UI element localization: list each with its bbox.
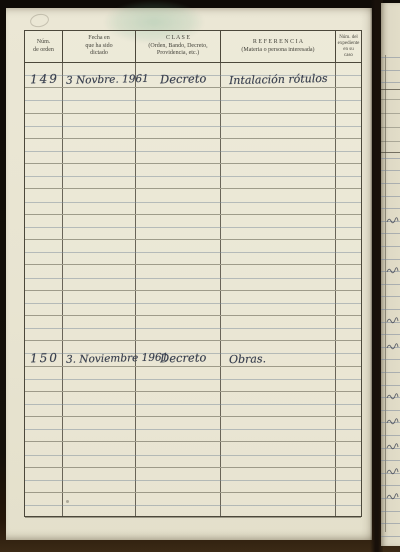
ledger-row [25,139,361,164]
ledger-cell [136,164,221,188]
ledger-cell [221,442,336,466]
ledger-cell [136,88,221,112]
ledger-row [25,442,361,467]
ledger-cell [63,291,136,315]
ledger-cell [136,215,221,239]
ledger-cell [221,392,336,416]
ledger-cell [336,417,361,441]
ledger-cell [221,341,336,365]
ledger-cell [336,291,361,315]
ledger-cell [25,442,63,466]
ledger-cell [336,63,361,87]
ledger-cell [63,63,136,87]
ledger-cell [336,265,361,289]
ledger-cell [336,493,361,517]
adjacent-page-rule-line [381,536,400,537]
ledger-cell [25,341,63,365]
ledger-row [25,291,361,316]
ledger-cell [63,189,136,213]
ledger-cell [136,189,221,213]
adjacent-page-rule-line [381,385,400,386]
ledger-cell [221,114,336,138]
adjacent-page-edge [381,3,400,546]
ledger-row [25,240,361,265]
adjacent-page-rule-line [381,82,400,83]
ledger-cell [136,139,221,163]
cutoff-handwriting-fragment [386,215,399,224]
adjacent-page-rule-line [381,485,400,486]
ledger-cell [136,341,221,365]
ledger-cell [136,367,221,391]
table-header-row: Núm. de orden Fecha en que ha sido dicta… [25,31,361,63]
ledger-cell [25,164,63,188]
ledger-cell [336,341,361,365]
ledger-row [25,468,361,493]
ledger-row [25,493,361,518]
ledger-cell [336,114,361,138]
cutoff-handwriting-fragment [386,315,399,324]
cutoff-handwriting-fragment [386,441,399,450]
ledger-cell [63,240,136,264]
ledger-cell [221,367,336,391]
ledger-cell [63,367,136,391]
ledger-cell [63,442,136,466]
ledger-cell [336,442,361,466]
ledger-cell [136,63,221,87]
ledger-cell [63,493,136,517]
column-header-referencia: R E F E R E N C I A (Materia o persona i… [221,31,336,62]
adjacent-page-rule-line [381,334,400,335]
ledger-cell [25,63,63,87]
adjacent-page-rule-line [381,435,400,436]
ledger-row [25,341,361,366]
adjacent-page-rule-line [381,284,400,285]
ledger-cell [136,417,221,441]
registry-table: Núm. de orden Fecha en que ha sido dicta… [24,30,362,517]
cutoff-handwriting-fragment [386,391,399,400]
ledger-cell [336,189,361,213]
ledger-cell [25,316,63,340]
ledger-row [25,392,361,417]
ledger-cell [136,316,221,340]
adjacent-page-rule-line [381,183,400,184]
ledger-row [25,215,361,240]
adjacent-page-rule-line [381,158,400,159]
ledger-row [25,417,361,442]
ledger-cell [63,114,136,138]
table-body: 1493 Novbre. 1961DecretoIntalación rótul… [25,63,361,518]
adjacent-page-header-fragment [381,89,400,153]
ledger-cell [336,139,361,163]
ledger-cell [25,139,63,163]
ledger-cell [63,265,136,289]
ledger-cell [136,240,221,264]
column-header-clase: C L A S E (Orden, Bando, Decreto, Provid… [136,31,221,62]
ledger-cell [221,468,336,492]
ledger-cell [221,189,336,213]
adjacent-page-rule-line [381,259,400,260]
adjacent-page-rule-line [381,196,400,197]
ledger-cell [221,240,336,264]
ledger-cell [25,367,63,391]
ledger-row [25,189,361,214]
ledger-cell [63,316,136,340]
ledger-cell [136,468,221,492]
ledger-cell [63,139,136,163]
adjacent-page-rule-line [381,246,400,247]
ledger-cell [221,291,336,315]
adjacent-page-rule-line [381,208,400,209]
ledger-cell [221,417,336,441]
ledger-cell [25,215,63,239]
ledger-cell [221,164,336,188]
ledger-cell [136,265,221,289]
ledger-cell [336,164,361,188]
ledger-cell [221,88,336,112]
ledger-row [25,367,361,392]
ledger-cell [63,215,136,239]
cutoff-handwriting-fragment [386,491,399,500]
ledger-cell [25,240,63,264]
ledger-cell [63,164,136,188]
ledger-cell [136,114,221,138]
ledger-cell [63,341,136,365]
ledger-cell [221,63,336,87]
ledger-cell [25,114,63,138]
ledger-cell [336,468,361,492]
adjacent-page-rule-line [381,359,400,360]
scanned-ledger-photo: Núm. de orden Fecha en que ha sido dicta… [0,0,400,552]
ledger-row [25,114,361,139]
pencil-mark [29,12,50,29]
ledger-cell [25,468,63,492]
ledger-cell [221,215,336,239]
ledger-cell [25,265,63,289]
ledger-cell [136,442,221,466]
ledger-left-page: Núm. de orden Fecha en que ha sido dicta… [6,8,372,540]
adjacent-page-rule-line [381,70,400,71]
ledger-cell [221,265,336,289]
ledger-cell [25,392,63,416]
ledger-cell [63,468,136,492]
ledger-row [25,164,361,189]
ledger-cell [63,88,136,112]
ledger-cell [136,392,221,416]
ledger-cell [221,493,336,517]
ledger-cell [25,493,63,517]
ledger-row [25,316,361,341]
adjacent-page-rule-line [381,460,400,461]
column-header-fecha: Fecha en que ha sido dictado [63,31,136,62]
ledger-cell [221,316,336,340]
adjacent-page-rule-line [381,309,400,310]
ledger-cell [336,215,361,239]
ledger-cell [25,88,63,112]
cutoff-handwriting-fragment [386,341,399,350]
adjacent-page-rule-line [381,57,400,58]
column-header-num: Núm. de orden [25,31,63,62]
adjacent-page-rule-line [381,233,400,234]
column-header-expediente: Núm. del expediente en su caso [336,31,361,62]
ledger-cell [336,240,361,264]
cutoff-handwriting-fragment [386,416,399,425]
ledger-row [25,63,361,88]
ledger-cell [136,291,221,315]
ledger-cell [136,493,221,517]
ledger-cell [25,189,63,213]
ledger-row [25,88,361,113]
cutoff-handwriting-fragment [386,466,399,475]
adjacent-page-rule-line [381,523,400,524]
adjacent-page-rule-line [381,372,400,373]
adjacent-page-rule-line [381,410,400,411]
ledger-cell [336,316,361,340]
ledger-row [25,265,361,290]
adjacent-page-rule-line [381,511,400,512]
adjacent-page-rule-line [381,170,400,171]
ledger-cell [63,392,136,416]
ledger-cell [221,139,336,163]
ledger-cell [25,417,63,441]
cutoff-handwriting-fragment [386,265,399,274]
adjacent-page-rule-line [381,296,400,297]
ledger-cell [336,392,361,416]
ledger-cell [25,291,63,315]
ledger-cell [63,417,136,441]
ledger-cell [336,88,361,112]
ledger-cell [336,367,361,391]
